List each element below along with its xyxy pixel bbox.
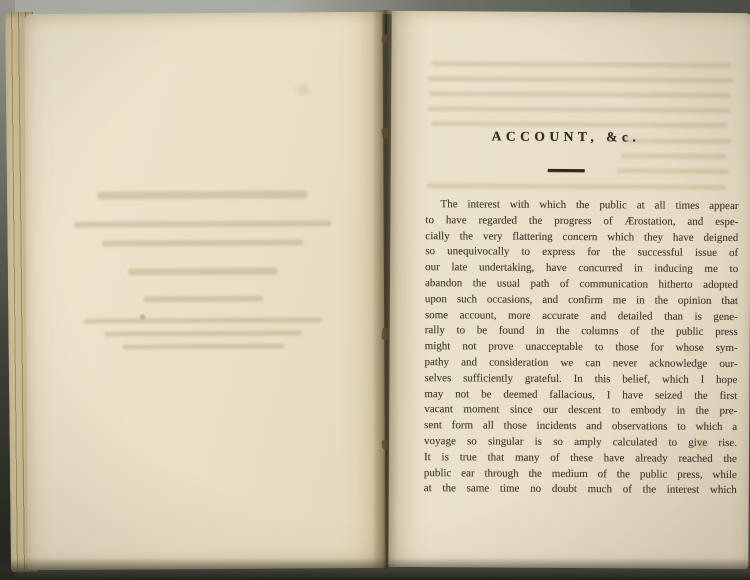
showthrough-text-ghost [617,168,729,174]
text-line: The interest with which the public at al… [425,197,738,215]
text-line: might not prove unacceptable to those fo… [425,339,738,357]
showthrough-text-ghost [122,344,284,350]
text-line: abandon the usual path of communication … [425,276,738,294]
body-text: The interest with which the public at al… [424,197,739,499]
paper-stain [291,82,315,96]
gutter-crack [385,14,387,36]
showthrough-text-ghost [74,220,332,228]
page-heading: ACCOUNT, &c. [425,128,707,146]
text-line: our late undertaking, have concurred in … [425,260,738,278]
text-line: upon such occasions, and confirm me in t… [425,292,738,310]
showthrough-text-ghost [84,317,322,323]
text-line: pathy and consideration we can never ack… [425,355,738,373]
right-page: ACCOUNT, &c. The interest with which the… [388,11,750,569]
background-bottom-edge [0,558,750,580]
text-line: voyage so singular is so amply calculate… [424,434,737,452]
text-line: vacant moment since our descent to embod… [424,402,737,420]
section-rule [548,169,585,172]
showthrough-text-ghost [97,190,307,199]
showthrough-text-ghost [427,76,733,83]
text-line: may not be deemed fallacious, I have sei… [424,387,737,405]
showthrough-text-ghost [102,239,304,246]
showthrough-text-ghost [429,91,731,98]
text-line: cially the very flattering concern which… [425,229,738,247]
text-line: some account, more accurate and detailed… [425,308,738,326]
showthrough-text-ghost [427,106,731,113]
text-line: sent form all those incidents and observ… [424,418,737,436]
showthrough-text-ghost [431,121,727,128]
text-line: public ear through the medium of the pub… [424,466,737,484]
showthrough-text-ghost [128,268,278,276]
text-line: It is true that many of these have alrea… [424,450,737,468]
text-line: to have regarded the progress of Ærostat… [425,213,738,231]
showthrough-text-ghost [104,330,302,336]
showthrough-text-ghost [431,61,731,68]
book-photo: ACCOUNT, &c. The interest with which the… [0,0,750,580]
text-line: rally to be found in the columns of the … [425,323,738,341]
showthrough-text-ghost [621,153,727,159]
text-line: so unequivocally to express for the succ… [425,245,738,263]
left-page [24,12,385,570]
showthrough-text-ghost [143,296,263,303]
showthrough-text-ghost [427,183,727,190]
text-line: at the same time no doubt much of the in… [424,481,737,499]
text-line: selves sufficiently grateful. In this be… [424,371,737,389]
